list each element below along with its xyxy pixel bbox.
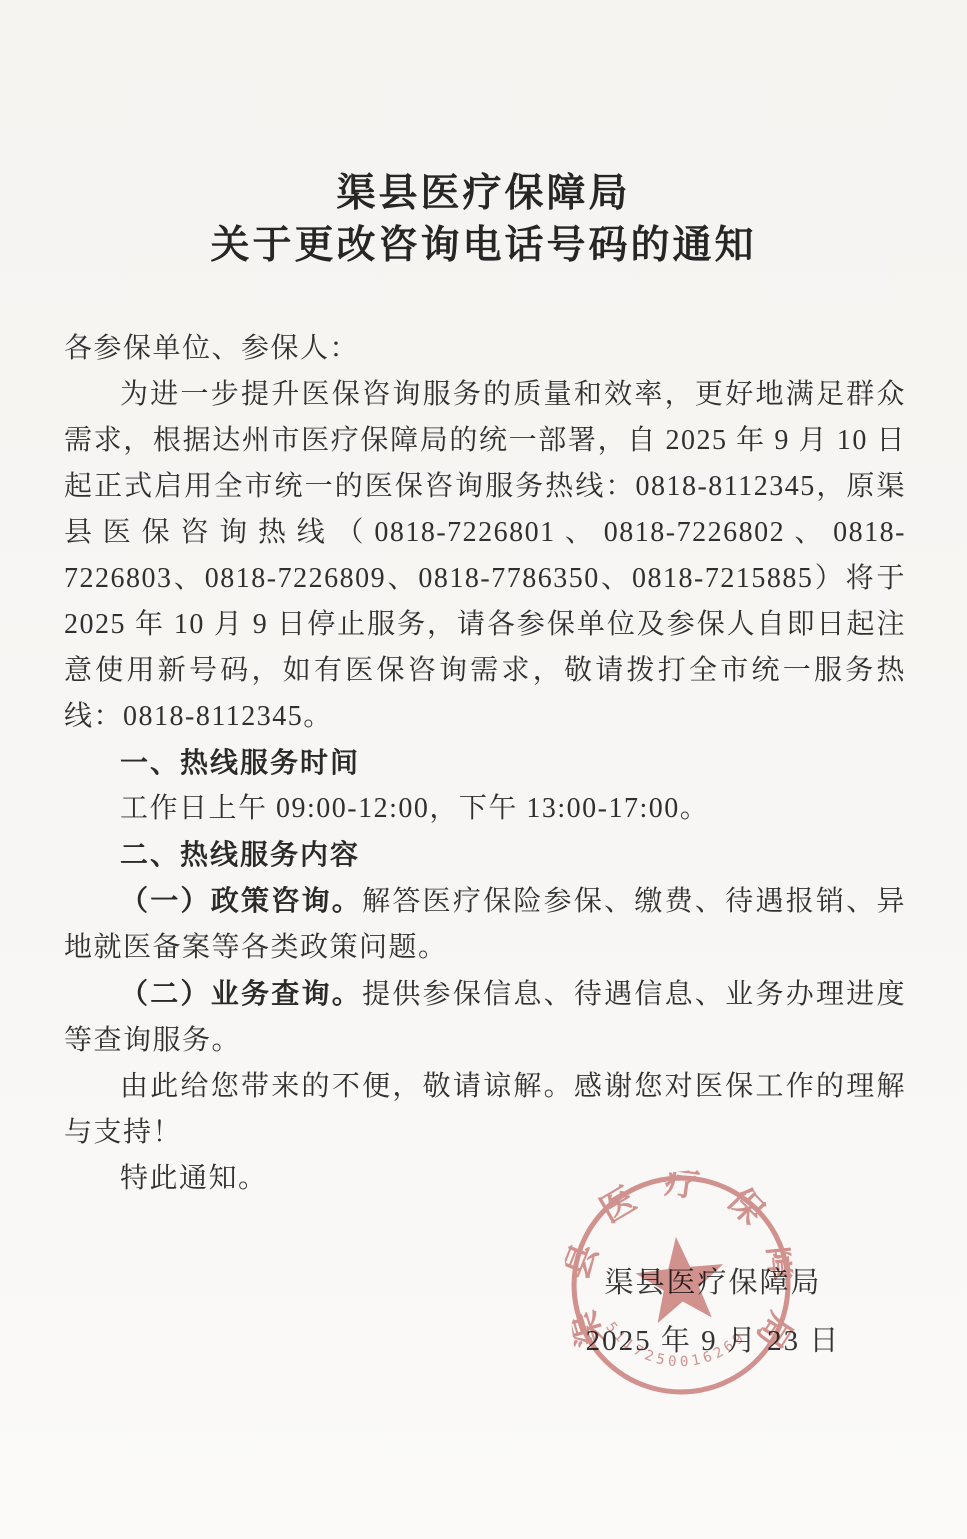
scanned-notice-page: 渠县医疗保障局 关于更改咨询电话号码的通知 各参保单位、参保人： 为进一步提升医… bbox=[0, 0, 967, 1539]
document-title-line1: 渠县医疗保障局 bbox=[0, 168, 967, 220]
salutation: 各参保单位、参保人： bbox=[64, 326, 906, 372]
document-title-line2: 关于更改咨询电话号码的通知 bbox=[0, 220, 967, 272]
official-seal-stamp: 渠县医疗保障局 5117250016269 bbox=[557, 1161, 805, 1409]
closing-apology: 由此给您带来的不便，敬请谅解。感谢您对医保工作的理解与支持！ bbox=[64, 1064, 906, 1156]
seal-graphic: 渠县医疗保障局 5117250016269 bbox=[557, 1161, 805, 1409]
policy-consultation-lead: （一）政策咨询。 bbox=[120, 885, 362, 916]
section1-heading: 一、热线服务时间 bbox=[64, 740, 906, 786]
document-title: 渠县医疗保障局 关于更改咨询电话号码的通知 bbox=[0, 168, 967, 272]
main-paragraph: 为进一步提升医保咨询服务的质量和效率，更好地满足群众需求，根据达州市医疗保障局的… bbox=[64, 372, 906, 740]
seal-star-icon bbox=[632, 1232, 728, 1325]
business-query-lead: （二）业务查询。 bbox=[120, 978, 362, 1009]
section1-body: 工作日上午 09:00-12:00，下午 13:00-17:00。 bbox=[64, 786, 906, 832]
business-query-item: （二）业务查询。提供参保信息、待遇信息、业务办理进度等查询服务。 bbox=[64, 971, 906, 1064]
seal-serial-number: 5117250016269 bbox=[601, 1306, 752, 1379]
section2-heading: 二、热线服务内容 bbox=[64, 832, 906, 878]
document-body: 各参保单位、参保人： 为进一步提升医保咨询服务的质量和效率，更好地满足群众需求，… bbox=[64, 326, 906, 1202]
policy-consultation-item: （一）政策咨询。解答医疗保险参保、缴费、待遇报销、异地就医备案等各类政策问题。 bbox=[64, 878, 906, 971]
